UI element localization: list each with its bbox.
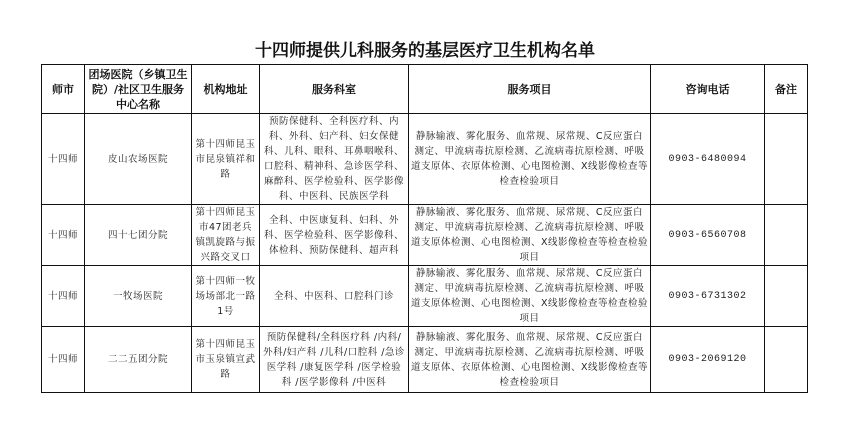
cell-phone: 0903-2069120 — [651, 327, 765, 393]
cell-institution-name: 一牧场医院 — [85, 266, 192, 327]
cell-departments: 全科、中医科、口腔科门诊 — [260, 266, 409, 327]
cell-institution-name: 皮山农场医院 — [85, 114, 192, 205]
header-division: 师市 — [42, 65, 85, 114]
cell-institution-name: 二二五团分院 — [85, 327, 192, 393]
clinic-table: 师市 团场医院（乡镇卫生院）/社区卫生服务中心名称 机构地址 服务科室 服务项目… — [41, 64, 808, 393]
cell-address: 第十四师昆玉市47团老兵镇凯旋路与振兴路交叉口 — [192, 205, 260, 266]
cell-address: 第十四师一牧场场部北一路1号 — [192, 266, 260, 327]
cell-institution-name: 四十七团分院 — [85, 205, 192, 266]
cell-division: 十四师 — [42, 114, 85, 205]
cell-phone: 0903-6480094 — [651, 114, 765, 205]
cell-phone: 0903-6731302 — [651, 266, 765, 327]
header-institution-name: 团场医院（乡镇卫生院）/社区卫生服务中心名称 — [85, 65, 192, 114]
header-address: 机构地址 — [192, 65, 260, 114]
cell-departments: 预防保健科/全科医疗科 /内科/外科/妇产科 /儿科/口腔科 /急诊医学科 /康… — [260, 327, 409, 393]
table-row: 十四师 四十七团分院 第十四师昆玉市47团老兵镇凯旋路与振兴路交叉口 全科、中医… — [42, 205, 808, 266]
table-row: 十四师 一牧场医院 第十四师一牧场场部北一路1号 全科、中医科、口腔科门诊 静脉… — [42, 266, 808, 327]
cell-division: 十四师 — [42, 205, 85, 266]
cell-address: 第十四师昆玉市玉泉镇宣武路 — [192, 327, 260, 393]
cell-phone: 0903-6560708 — [651, 205, 765, 266]
cell-remark — [765, 114, 808, 205]
cell-services: 静脉输液、雾化服务、血常规、尿常规、C反应蛋白测定、甲流病毒抗原检测、乙流病毒抗… — [409, 205, 651, 266]
header-departments: 服务科室 — [260, 65, 409, 114]
header-remark: 备注 — [765, 65, 808, 114]
cell-services: 静脉输液、雾化服务、血常规、尿常规、C反应蛋白测定、甲流病毒抗原检测、乙流病毒抗… — [409, 327, 651, 393]
cell-departments: 全科、中医康复科、妇科、外科、医学检验科、医学影像科、体检科、预防保健科、超声科 — [260, 205, 409, 266]
cell-remark — [765, 266, 808, 327]
cell-address: 第十四师昆玉市昆泉镇祥和路 — [192, 114, 260, 205]
header-row: 师市 团场医院（乡镇卫生院）/社区卫生服务中心名称 机构地址 服务科室 服务项目… — [42, 65, 808, 114]
table-row: 十四师 二二五团分院 第十四师昆玉市玉泉镇宣武路 预防保健科/全科医疗科 /内科… — [42, 327, 808, 393]
document-title: 十四师提供儿科服务的基层医疗卫生机构名单 — [0, 36, 850, 61]
cell-remark — [765, 205, 808, 266]
cell-remark — [765, 327, 808, 393]
cell-division: 十四师 — [42, 266, 85, 327]
cell-division: 十四师 — [42, 327, 85, 393]
table-row: 十四师 皮山农场医院 第十四师昆玉市昆泉镇祥和路 预防保健科、全科医疗科、内科、… — [42, 114, 808, 205]
cell-services: 静脉输液、雾化服务、血常规、尿常规、C反应蛋白测定、甲流病毒抗原检测、乙流病毒抗… — [409, 114, 651, 205]
cell-departments: 预防保健科、全科医疗科、内科、外科、妇产科、妇女保健科、儿科、眼科、耳鼻咽喉科、… — [260, 114, 409, 205]
header-services: 服务项目 — [409, 65, 651, 114]
cell-services: 静脉输液、雾化服务、血常规、尿常规、C反应蛋白测定、甲流病毒抗原检测、乙流病毒抗… — [409, 266, 651, 327]
header-phone: 咨询电话 — [651, 65, 765, 114]
